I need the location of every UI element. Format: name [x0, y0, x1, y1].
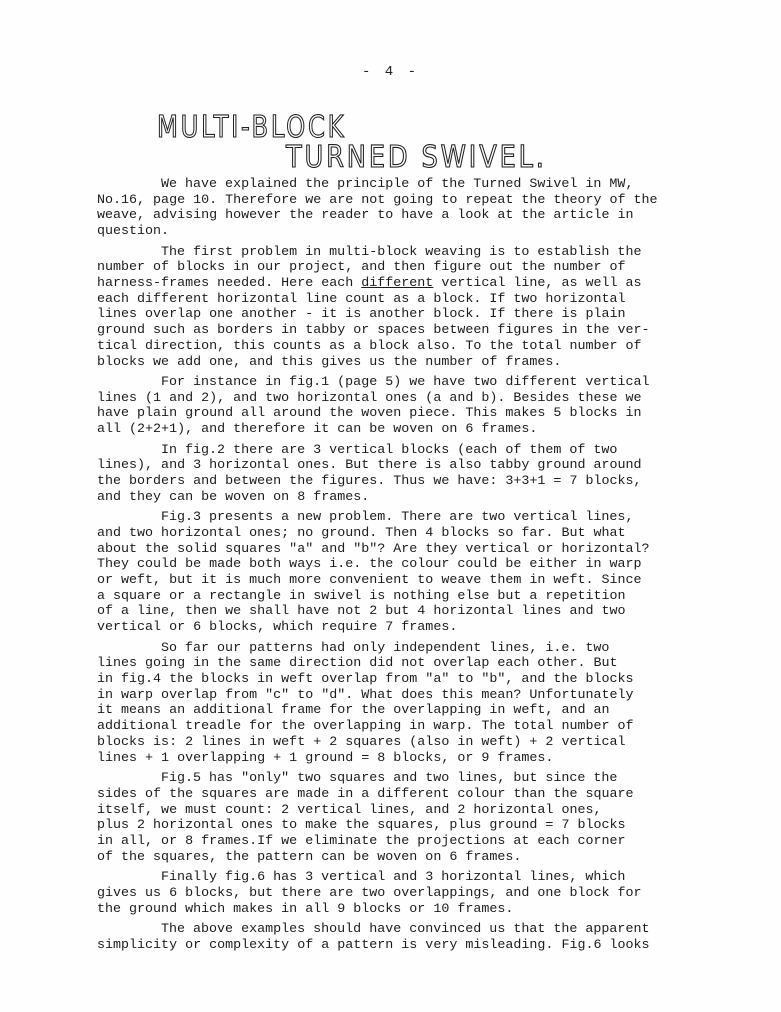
text-line: Fig.5 has "only" two squares and two lin… — [97, 771, 697, 787]
text-line: it means an additional frame for the ove… — [97, 703, 697, 719]
paragraph: The above examples should have convinced… — [97, 922, 697, 953]
page-number: - 4 - — [0, 64, 781, 80]
text-line: about the solid squares "a" and "b"? Are… — [97, 542, 697, 558]
text-line: blocks is: 2 lines in weft + 2 squares (… — [97, 735, 697, 751]
text-line: vertical or 6 blocks, which require 7 fr… — [97, 620, 697, 636]
text-line: each different horizontal line count as … — [97, 292, 697, 308]
text-line: blocks we add one, and this gives us the… — [97, 355, 697, 371]
text-line: harness-frames needed. Here each differe… — [97, 276, 697, 292]
text-line: plus 2 horizontal ones to make the squar… — [97, 818, 697, 834]
text-line: additional treadle for the overlapping i… — [97, 719, 697, 735]
text-line: tical direction, this counts as a block … — [97, 339, 697, 355]
text-line: lines going in the same direction did no… — [97, 656, 697, 672]
document-page: - 4 - MULTI-BLOCK TURNED SWIVEL. We have… — [0, 0, 781, 1012]
text-line: Fig.3 presents a new problem. There are … — [97, 510, 697, 526]
text-line: sides of the squares are made in a diffe… — [97, 787, 697, 803]
text-line: and two horizontal ones; no ground. Then… — [97, 526, 697, 542]
paragraph: The first problem in multi-block weaving… — [97, 245, 697, 371]
paragraph: Fig.5 has "only" two squares and two lin… — [97, 771, 697, 865]
text-line: lines), and 3 horizontal ones. But there… — [97, 458, 697, 474]
text-line: No.16, page 10. Therefore we are not goi… — [97, 193, 697, 209]
text-line: the borders and between the figures. Thu… — [97, 474, 697, 490]
text-line: of a line, then we shall have not 2 but … — [97, 604, 697, 620]
title-line-2: TURNED SWIVEL. — [286, 140, 547, 175]
text-line: number of blocks in our project, and the… — [97, 260, 697, 276]
paragraph: We have explained the principle of the T… — [97, 177, 697, 240]
text-line: The first problem in multi-block weaving… — [97, 245, 697, 261]
text-line: ground such as borders in tabby or space… — [97, 323, 697, 339]
text-line: The above examples should have convinced… — [97, 922, 697, 938]
text-line: lines + 1 overlapping + 1 ground = 8 blo… — [97, 751, 697, 767]
text-line: in warp overlap from "c" to "d". What do… — [97, 688, 697, 704]
text-line: gives us 6 blocks, but there are two ove… — [97, 886, 697, 902]
paragraph: Fig.3 presents a new problem. There are … — [97, 510, 697, 636]
paragraph: In fig.2 there are 3 vertical blocks (ea… — [97, 443, 697, 506]
paragraph: Finally fig.6 has 3 vertical and 3 horiz… — [97, 870, 697, 917]
text-line: For instance in fig.1 (page 5) we have t… — [97, 375, 697, 391]
text-line: They could be made both ways i.e. the co… — [97, 557, 697, 573]
paragraph: For instance in fig.1 (page 5) we have t… — [97, 375, 697, 438]
text-line: Finally fig.6 has 3 vertical and 3 horiz… — [97, 870, 697, 886]
text-line: in all, or 8 frames.If we eliminate the … — [97, 834, 697, 850]
text-line: the ground which makes in all 9 blocks o… — [97, 902, 697, 918]
text-line: So far our patterns had only independent… — [97, 641, 697, 657]
text-line: have plain ground all around the woven p… — [97, 406, 697, 422]
text-line: in fig.4 the blocks in weft overlap from… — [97, 672, 697, 688]
article-body: We have explained the principle of the T… — [97, 177, 697, 958]
text-line: In fig.2 there are 3 vertical blocks (ea… — [97, 443, 697, 459]
text-line: question. — [97, 224, 697, 240]
text-line: of the squares, the pattern can be woven… — [97, 850, 697, 866]
text-line: and they can be woven on 8 frames. — [97, 490, 697, 506]
paragraph: So far our patterns had only independent… — [97, 641, 697, 767]
text-line: all (2+2+1), and therefore it can be wov… — [97, 422, 697, 438]
text-line: or weft, but it is much more convenient … — [97, 573, 697, 589]
text-line: weave, advising however the reader to ha… — [97, 208, 697, 224]
underlined-word: different — [361, 276, 433, 291]
text-line: simplicity or complexity of a pattern is… — [97, 938, 697, 954]
text-line: lines (1 and 2), and two horizontal ones… — [97, 391, 697, 407]
text-line: itself, we must count: 2 vertical lines,… — [97, 803, 697, 819]
text-line: We have explained the principle of the T… — [97, 177, 697, 193]
text-line: a square or a rectangle in swivel is not… — [97, 589, 697, 605]
text-line: lines overlap one another - it is anothe… — [97, 307, 697, 323]
